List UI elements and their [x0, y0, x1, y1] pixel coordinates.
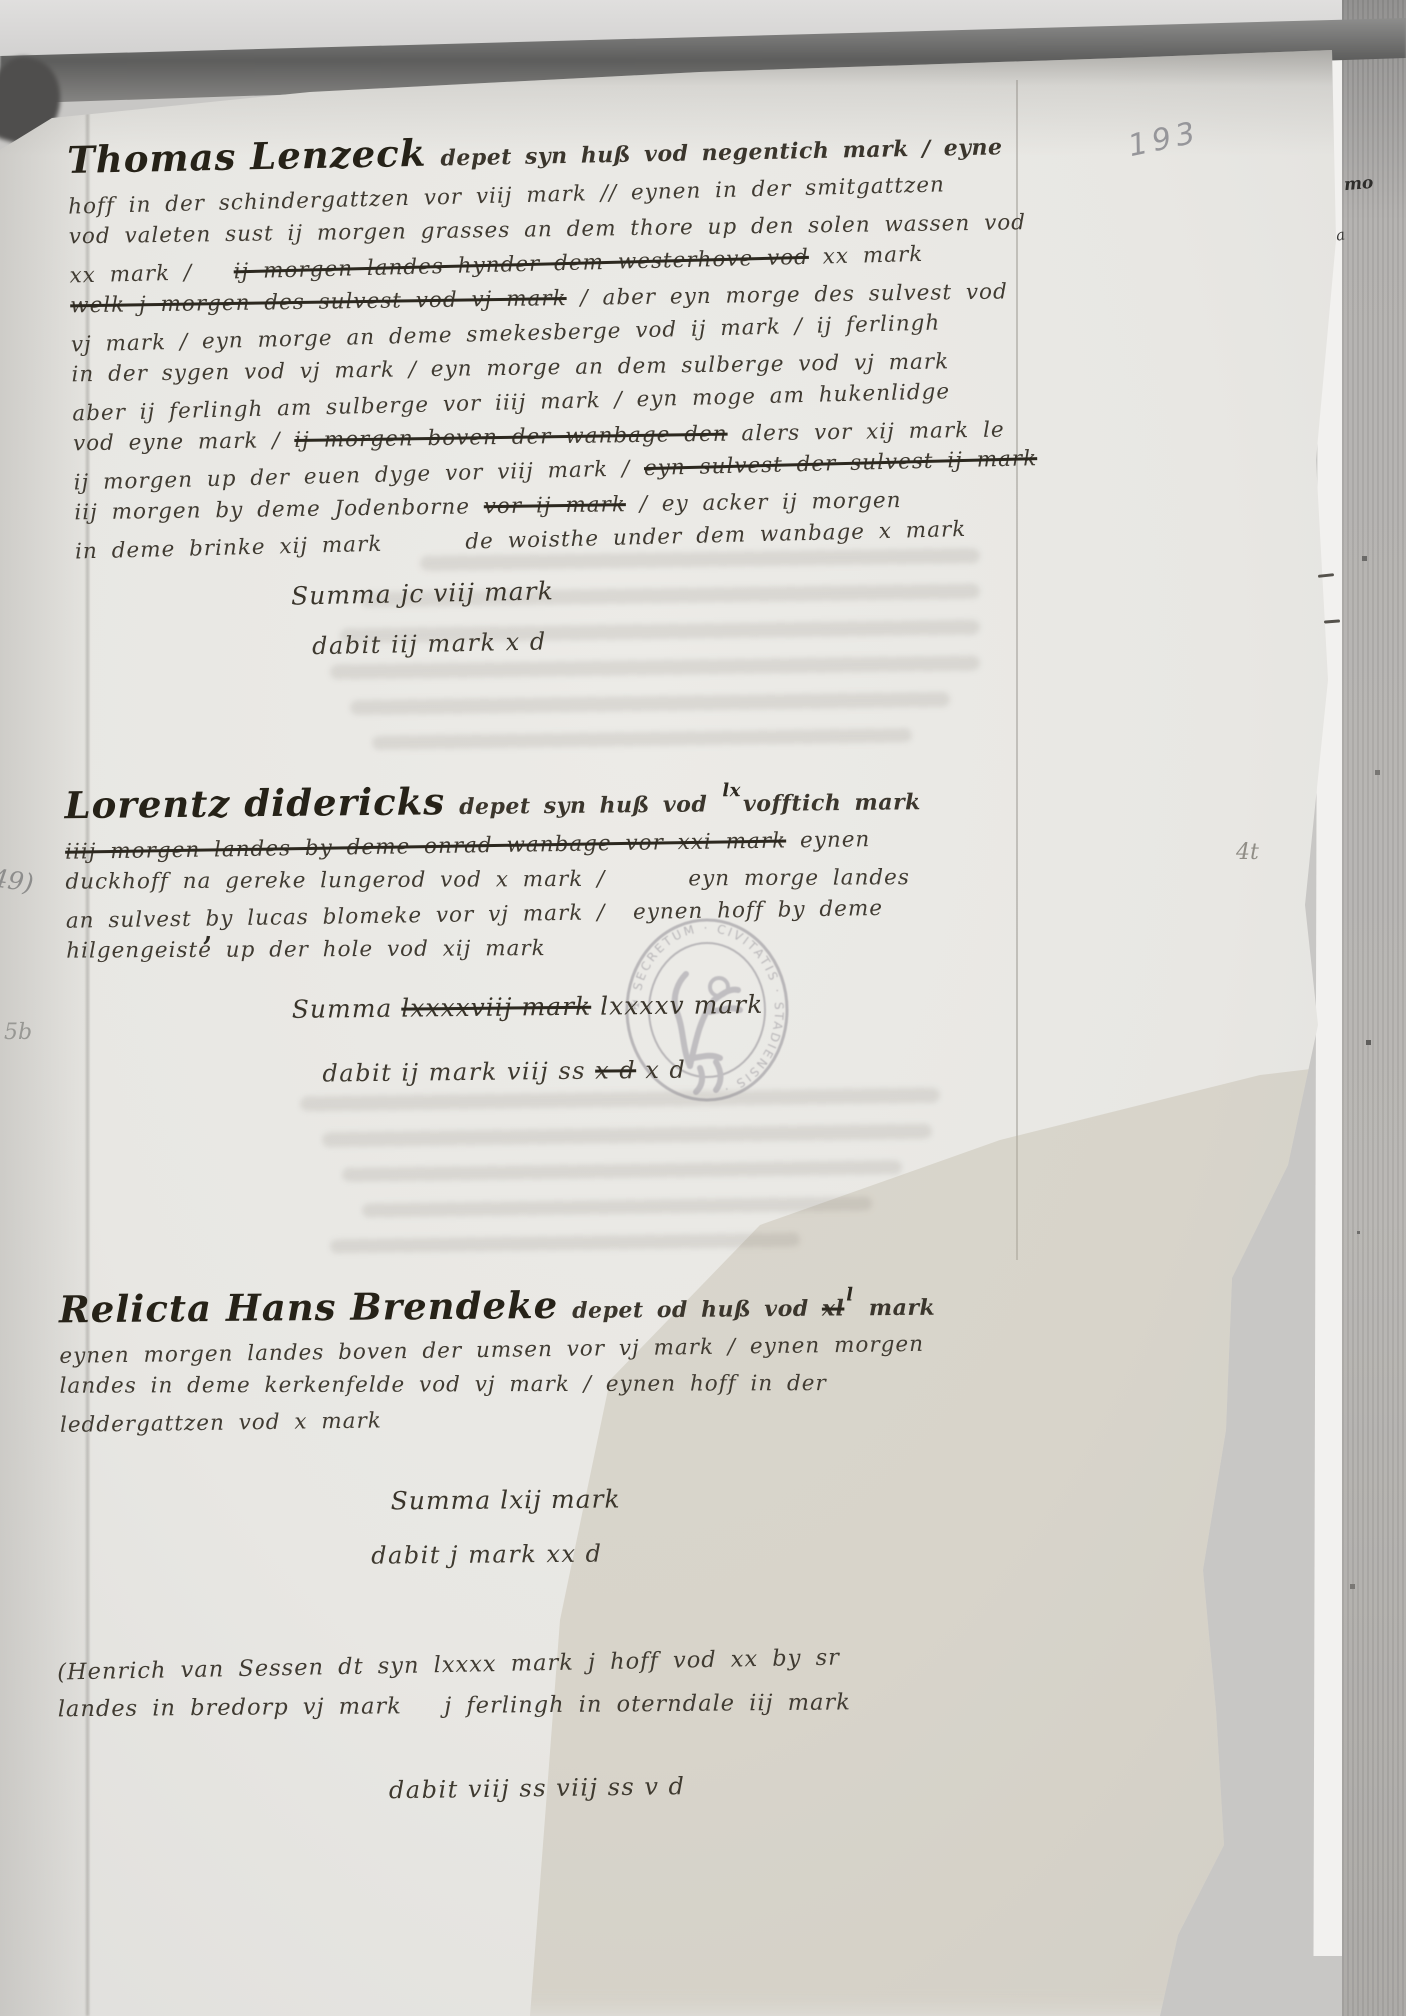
summa-text: Summa	[292, 994, 402, 1024]
dabit-text: dabit iij mark x d	[312, 627, 547, 660]
line-text: eynen morgen landes boven der umsen vor …	[59, 1332, 924, 1369]
edge-ink-fragment: mo	[1343, 173, 1374, 195]
entry-heading-rest: depet syn huß vod lxvofftich mark	[459, 789, 921, 820]
line-text: alers vor xij mark le	[727, 417, 1004, 446]
summa-struck-text: lxxxxviij mark	[401, 992, 591, 1023]
bleed-through-line	[342, 1160, 902, 1182]
summa-text: lxxxxv mark	[591, 990, 763, 1021]
entry-heading-rest: depet syn huß vod negentich mark / eyne	[440, 134, 1003, 171]
dabit-struck-text: x d	[595, 1056, 636, 1084]
line-text: vod eyne mark /	[73, 428, 295, 456]
struck-text: iiij morgen landes by deme onrad wanbage…	[65, 828, 786, 864]
manuscript-line: landes in bredorp vj mark j ferlingh in …	[58, 1680, 1048, 1731]
heading-text: mark	[856, 1295, 936, 1322]
line-text: eynen	[786, 827, 871, 853]
manuscript-line: hilgengeiste up der hole vod xij mark	[66, 929, 1056, 969]
heading-text: depet syn huß vod	[459, 791, 721, 820]
entry-body: (Henrich van Sessen dt syn lxxxx mark j …	[57, 1635, 1048, 1733]
summa-text: Summa lxij mark	[391, 1484, 621, 1515]
entry-heading-rest: depet od huß vod xll mark	[572, 1295, 935, 1324]
line-text: an sulvest by lucas blomeke vor vj mark …	[66, 896, 884, 934]
dabit-text: x d	[636, 1056, 686, 1085]
entry-name: Thomas Lenzeck	[67, 131, 427, 182]
bleed-through-line	[330, 655, 980, 679]
dabit-text: dabit ij mark viij ss	[322, 1057, 595, 1088]
heading-struck-text: xl	[822, 1295, 845, 1321]
line-text: xx mark /	[69, 259, 234, 288]
bleed-through-line	[372, 728, 912, 750]
margin-note-right: 4t	[1236, 840, 1259, 865]
dabit-text: dabit j mark xx d	[371, 1539, 603, 1569]
line-text: xx mark	[809, 242, 924, 270]
summa-line: Summa jc viij mark	[291, 566, 1066, 611]
struck-text: welk j morgen des sulvest vod vj mark	[70, 285, 567, 317]
line-text: landes in deme kerkenfelde vod vj mark /…	[60, 1371, 827, 1399]
interlinear-correction: lx	[722, 780, 741, 801]
entry-heading: Relicta Hans Brendekedepet od huß vod xl…	[59, 1279, 1049, 1332]
entry-body: hoff in der schindergattzen vor viij mar…	[68, 168, 1065, 567]
bleed-through-line	[322, 1124, 932, 1148]
fore-edge-specks	[0, 0, 1, 1]
line-text: iij morgen by deme Jodenborne	[74, 494, 484, 525]
dabit-text: dabit viij ss viij ss v d	[389, 1772, 686, 1804]
line-text: / ey acker ij morgen	[626, 488, 902, 517]
summa-line: Summa lxxxxviij mark lxxxxv mark	[292, 987, 1057, 1024]
entry-henrich-van-sessen: (Henrich van Sessen dt syn lxxxx mark j …	[57, 1635, 1049, 1809]
entry-relicta-hans-brendeke: Relicta Hans Brendekedepet od huß vod xl…	[59, 1279, 1051, 1572]
book-fore-edge	[1342, 0, 1406, 2016]
entry-heading: Lorentz didericksdepet syn huß vod lxvof…	[64, 773, 1054, 827]
entry-name: Lorentz didericks	[64, 779, 445, 827]
entry-body: iiij morgen landes by deme onrad wanbage…	[65, 823, 1056, 971]
dabit-line: dabit j mark xx d	[371, 1535, 1051, 1569]
heading-text: vofftich mark	[743, 789, 921, 817]
margin-note-left-upper: 49)	[0, 863, 35, 898]
bleed-through-line	[330, 1233, 800, 1254]
summa-line: Summa lxij mark	[391, 1480, 1051, 1515]
entry-body: eynen morgen landes boven der umsen vor …	[59, 1329, 1050, 1441]
summa-text: Summa jc viij mark	[291, 576, 554, 610]
struck-text: vor ij mark	[484, 492, 626, 519]
entry-thomas-lenzeck: Thomas Lenzeckdepet syn huß vod negentic…	[67, 118, 1067, 664]
struck-text: ij morgen boven der wanbage den	[294, 421, 728, 452]
line-text: hilgengeiste up der hole vod xij mark	[66, 936, 546, 964]
line-text: duckhoff na gereke lungerod vod x mark /…	[65, 865, 910, 894]
struck-text: eyn sulvest der sulvest ij mark	[644, 446, 1038, 481]
bleed-through-line	[350, 692, 950, 715]
line-text: leddergattzen vod x mark	[60, 1408, 382, 1437]
interlinear-correction: l	[846, 1284, 854, 1305]
line-text: landes in bredorp vj mark j ferlingh in …	[58, 1689, 851, 1722]
line-text: (Henrich van Sessen dt syn lxxxx mark j …	[57, 1644, 840, 1685]
entry-name: Relicta Hans Brendeke	[59, 1283, 559, 1331]
margin-note-left-lower: 5b	[4, 1020, 32, 1045]
heading-text: depet od huß vod	[572, 1296, 822, 1324]
